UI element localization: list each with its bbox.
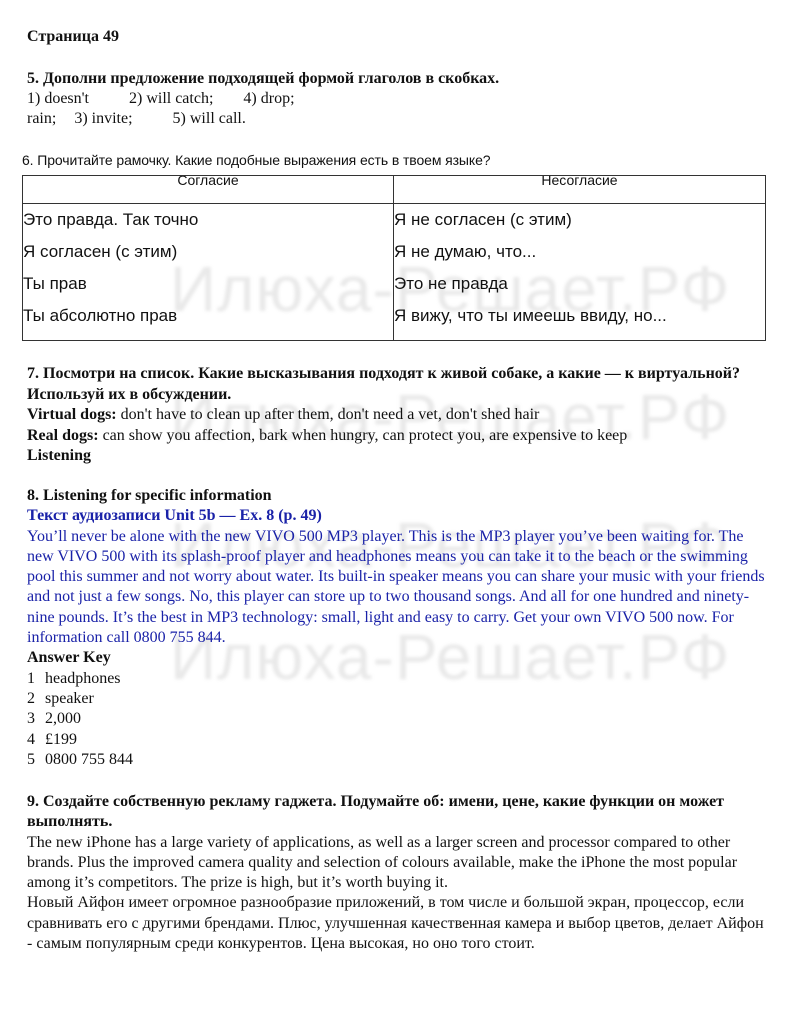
- answer: 2) will catch;: [129, 90, 213, 107]
- table-row: Я согласен (с этим) Я не думаю, что...: [23, 236, 766, 268]
- answer-number: 4: [27, 730, 45, 750]
- transcript-text: You’ll never be alone with the new VIVO …: [27, 527, 772, 649]
- exercise-6-title: 6. Прочитайте рамочку. Какие подобные вы…: [22, 152, 490, 168]
- answer: 5) will call.: [173, 110, 246, 127]
- table-row: Ты абсолютно прав Я вижу, что ты имеешь …: [23, 300, 766, 341]
- exercise-7-title: 7. Посмотри на список. Какие высказывани…: [27, 364, 787, 405]
- transcript-subtitle: Текст аудиозаписи Unit 5b — Ex. 8 (p. 49…: [27, 506, 787, 526]
- virtual-dogs-text: don't have to clean up after them, don't…: [117, 406, 540, 423]
- agreement-table: Согласие Несогласие Это правда. Так точн…: [22, 175, 766, 341]
- exercise-9: 9. Создайте собственную рекламу гаджета.…: [27, 792, 772, 954]
- answer-text: 2,000: [45, 710, 81, 727]
- answer: 1) doesn't: [27, 90, 89, 107]
- russian-ad-text: Новый Айфон имеет огромное разнообразие …: [27, 893, 772, 954]
- exercise-5-answers-line-1: 1) doesn't2) will catch;4) drop;: [27, 89, 295, 109]
- exercise-5-answers-line-2: rain;3) invite;5) will call.: [27, 109, 246, 129]
- table-cell: Это не правда: [394, 268, 766, 300]
- answer-number: 2: [27, 689, 45, 709]
- real-dogs-line: Real dogs: can show you affection, bark …: [27, 426, 787, 447]
- answer-text: headphones: [45, 670, 121, 687]
- page-title: Страница 49: [27, 27, 119, 47]
- list-item: 32,000: [27, 709, 787, 729]
- answer-number: 1: [27, 669, 45, 689]
- header-agreement: Согласие: [23, 176, 394, 204]
- table-cell: Ты абсолютно прав: [23, 300, 394, 341]
- answer-key-list: 1headphones 2speaker 32,000 4£199 50800 …: [27, 669, 787, 770]
- list-item: 50800 755 844: [27, 750, 787, 770]
- english-ad-text: The new iPhone has a large variety of ap…: [27, 833, 772, 894]
- answer: 4) drop;: [243, 90, 294, 107]
- exercise-7: 7. Посмотри на список. Какие высказывани…: [27, 364, 787, 467]
- list-item: 1headphones: [27, 669, 787, 689]
- list-item: 2speaker: [27, 689, 787, 709]
- table-cell: Я не думаю, что...: [394, 236, 766, 268]
- table-row: Это правда. Так точно Я не согласен (с э…: [23, 204, 766, 237]
- answer-text: £199: [45, 731, 77, 748]
- real-dogs-label: Real dogs:: [27, 427, 99, 444]
- header-disagreement: Несогласие: [394, 176, 766, 204]
- exercise-5-title: 5. Дополни предложение подходящей формой…: [27, 69, 499, 89]
- table-cell: Я не согласен (с этим): [394, 204, 766, 237]
- table-cell: Это правда. Так точно: [23, 204, 394, 237]
- table-cell: Ты прав: [23, 268, 394, 300]
- listening-heading: Listening: [27, 446, 787, 467]
- answer-key-title: Answer Key: [27, 648, 787, 668]
- answer-number: 5: [27, 750, 45, 770]
- answer: 3) invite;: [74, 110, 132, 127]
- answer-number: 3: [27, 709, 45, 729]
- virtual-dogs-label: Virtual dogs:: [27, 406, 117, 423]
- real-dogs-text: can show you affection, bark when hungry…: [99, 427, 628, 444]
- table-cell: Я согласен (с этим): [23, 236, 394, 268]
- answer: rain;: [27, 110, 56, 127]
- exercise-9-title: 9. Создайте собственную рекламу гаджета.…: [27, 792, 772, 833]
- exercise-8: 8. Listening for specific information Те…: [27, 486, 787, 770]
- virtual-dogs-line: Virtual dogs: don't have to clean up aft…: [27, 405, 787, 426]
- table-cell: Я вижу, что ты имеешь ввиду, но...: [394, 300, 766, 341]
- answer-text: speaker: [45, 690, 94, 707]
- list-item: 4£199: [27, 730, 787, 750]
- table-row: Ты прав Это не правда: [23, 268, 766, 300]
- exercise-8-title: 8. Listening for specific information: [27, 486, 787, 506]
- answer-text: 0800 755 844: [45, 751, 133, 768]
